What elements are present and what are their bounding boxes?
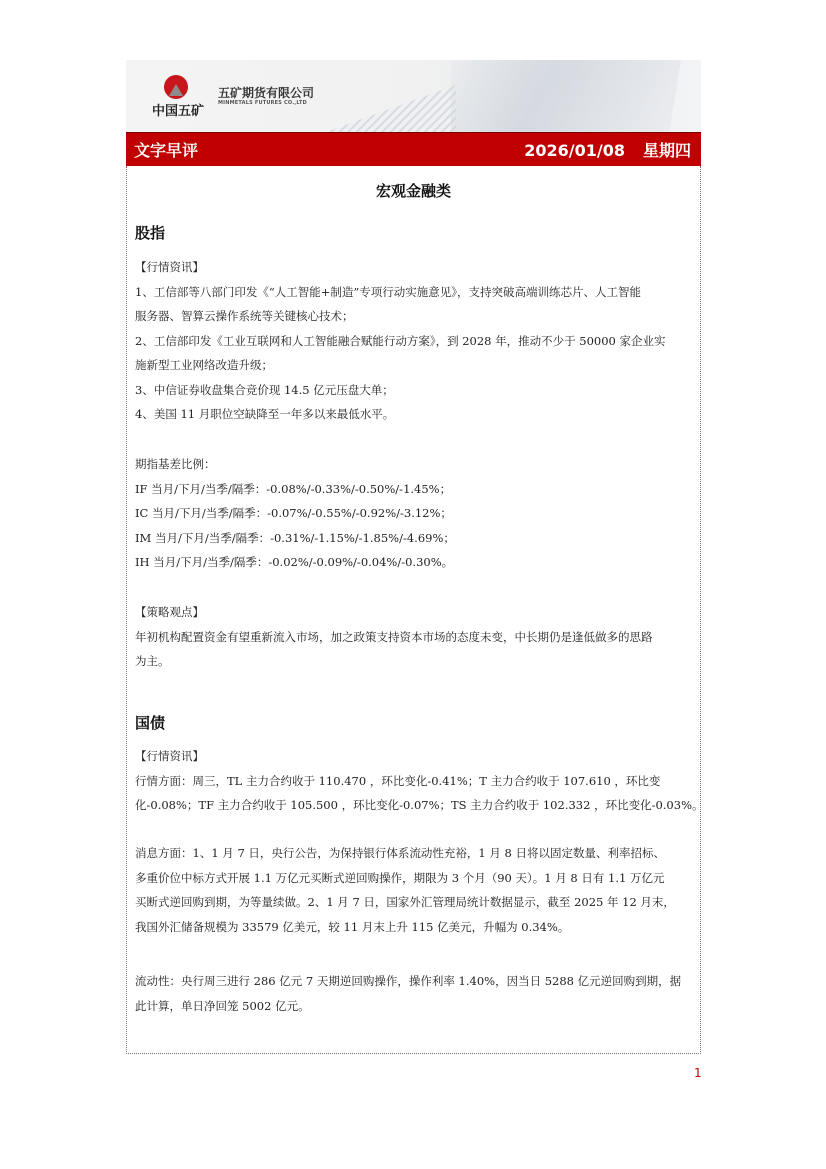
news-line: 服务器、智算云操作系统等关键核心技术； xyxy=(135,304,695,329)
news-line: 2、工信部印发《工业互联网和人工智能融合赋能行动方案》，到 2028 年，推动不… xyxy=(135,329,695,354)
basis-line-ic: IC 当月/下月/当季/隔季：-0.07%/-0.55%/-0.92%/-3.1… xyxy=(135,501,695,526)
news-line: 3、中信证券收盘集合竞价现 14.5 亿元压盘大单； xyxy=(135,378,695,403)
strategy-line: 为主。 xyxy=(135,649,695,674)
basis-label: 期指基差比例： xyxy=(135,452,695,477)
minmetals-logo-icon xyxy=(164,75,188,99)
liquidity-line: 此计算，单日净回笼 5002 亿元。 xyxy=(135,994,695,1019)
news-line: 买断式逆回购到期，为等量续做。2、1 月 7 日，国家外汇管理局统计数据显示，截… xyxy=(135,890,695,915)
report-date: 2026/01/08 xyxy=(524,141,625,160)
logo-text: 中国五矿 xyxy=(152,100,204,119)
treasury-market: 【行情资讯】 行情方面：周三，TL 主力合约收于 110.470 ，环比变化-0… xyxy=(135,744,695,818)
company-name-en: MINMETALS FUTURES CO.,LTD xyxy=(218,100,307,106)
treasury-liquidity: 流动性：央行周三进行 286 亿元 7 天期逆回购操作，操作利率 1.40%，因… xyxy=(135,969,695,1018)
strategy-label: 【策略观点】 xyxy=(135,600,695,625)
liquidity-line: 流动性：央行周三进行 286 亿元 7 天期逆回购操作，操作利率 1.40%，因… xyxy=(135,969,695,994)
news-line: 1、工信部等八部门印发《“人工智能+制造”专项行动实施意见》，支持突破高端训练芯… xyxy=(135,280,695,305)
market-line: 行情方面：周三，TL 主力合约收于 110.470 ，环比变化-0.41%；T … xyxy=(135,769,695,794)
page-number: 1 xyxy=(694,1066,702,1080)
basis-line-ih: IH 当月/下月/当季/隔季：-0.02%/-0.09%/-0.04%/-0.3… xyxy=(135,550,695,575)
stock-index-strategy: 【策略观点】 年初机构配置资金有望重新流入市场，加之政策支持资本市场的态度未变，… xyxy=(135,600,695,674)
banner-glass-graphic xyxy=(451,60,681,132)
treasury-heading: 国债 xyxy=(135,712,165,733)
report-weekday: 星期四 xyxy=(643,141,691,160)
market-line: 化-0.08%；TF 主力合约收于 105.500 ，环比变化-0.07%；TS… xyxy=(135,793,695,818)
section-title: 宏观金融类 xyxy=(127,180,700,201)
treasury-news: 消息方面：1、1 月 7 日，央行公告，为保持银行体系流动性充裕，1 月 8 日… xyxy=(135,841,695,939)
report-title: 文字早评 xyxy=(134,138,198,161)
stock-index-heading: 股指 xyxy=(135,222,165,243)
news-line: 施新型工业网络改造升级； xyxy=(135,353,695,378)
news-label: 【行情资讯】 xyxy=(135,255,695,280)
news-line: 消息方面：1、1 月 7 日，央行公告，为保持银行体系流动性充裕，1 月 8 日… xyxy=(135,841,695,866)
futures-basis: 期指基差比例： IF 当月/下月/当季/隔季：-0.08%/-0.33%/-0.… xyxy=(135,452,695,575)
report-content: 宏观金融类 股指 【行情资讯】 1、工信部等八部门印发《“人工智能+制造”专项行… xyxy=(126,166,701,1054)
basis-line-if: IF 当月/下月/当季/隔季：-0.08%/-0.33%/-0.50%/-1.4… xyxy=(135,477,695,502)
stock-index-news: 【行情资讯】 1、工信部等八部门印发《“人工智能+制造”专项行动实施意见》，支持… xyxy=(135,255,695,427)
basis-line-im: IM 当月/下月/当季/隔季：-0.31%/-1.15%/-1.85%/-4.6… xyxy=(135,526,695,551)
news-line: 4、美国 11 月职位空缺降至一年多以来最低水平。 xyxy=(135,402,695,427)
report-banner: 中国五矿 五矿期货有限公司 MINMETALS FUTURES CO.,LTD xyxy=(126,60,701,132)
report-date-group: 2026/01/08星期四 xyxy=(524,138,691,161)
news-line: 我国外汇储备规模为 33579 亿美元，较 11 月末上升 115 亿美元，升幅… xyxy=(135,915,695,940)
banner-architecture-graphic xyxy=(326,85,456,132)
company-name-cn: 五矿期货有限公司 xyxy=(218,84,314,101)
report-titlebar: 文字早评 2026/01/08星期四 xyxy=(126,132,701,166)
news-line: 多重价位中标方式开展 1.1 万亿元买断式逆回购操作，期限为 3 个月（90 天… xyxy=(135,866,695,891)
strategy-line: 年初机构配置资金有望重新流入市场，加之政策支持资本市场的态度未变，中长期仍是逢低… xyxy=(135,625,695,650)
news-label: 【行情资讯】 xyxy=(135,744,695,769)
